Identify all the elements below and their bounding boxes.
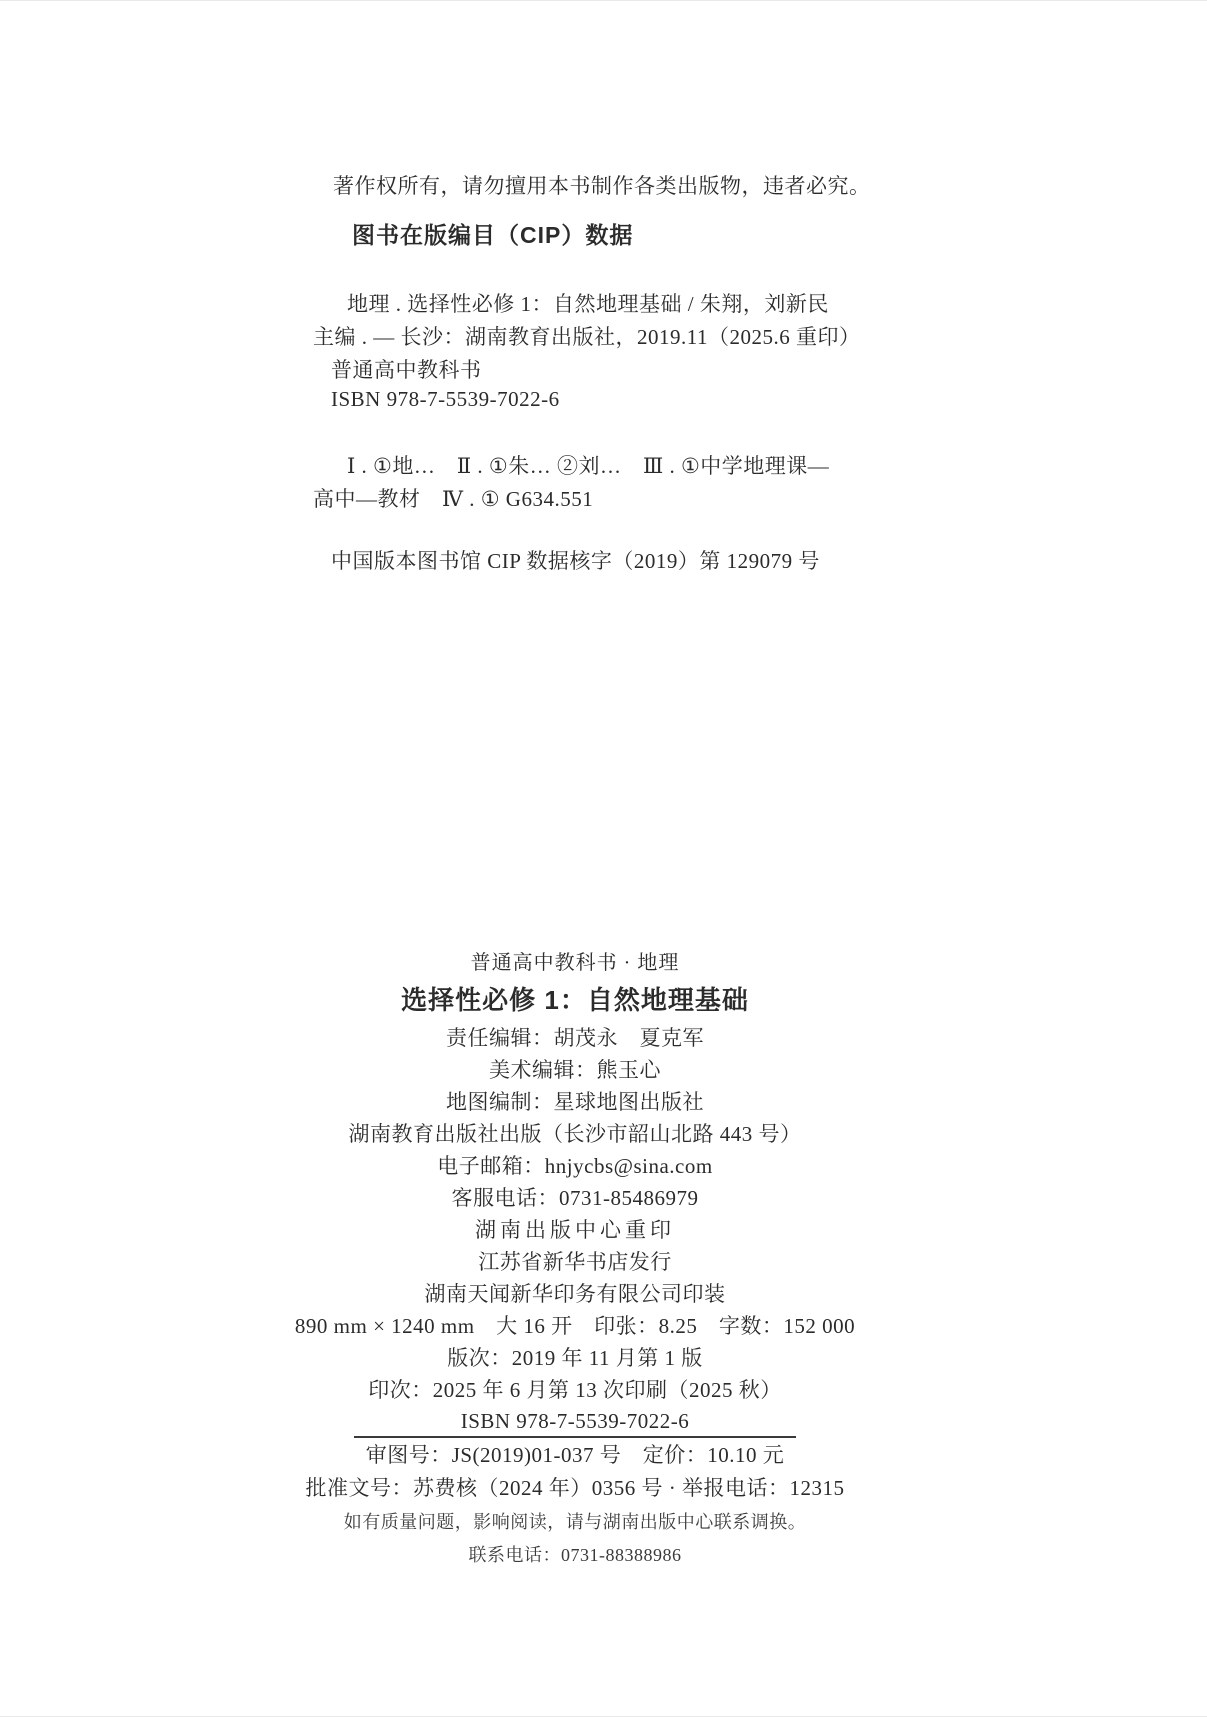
- colophon-line-art-editor: 美术编辑：熊玉心: [0, 1054, 1150, 1086]
- cip-heading: 图书在版编目（CIP）数据: [352, 217, 633, 250]
- colophon-line-map-approval-price: 审图号：JS(2019)01-037 号 定价：10.10 元: [0, 1438, 1150, 1472]
- colophon-line-format: 890 mm × 1240 mm 大 16 开 印张：8.25 字数：152 0…: [0, 1310, 1150, 1342]
- colophon-block: 普通高中教科书 · 地理 选择性必修 1：自然地理基础 责任编辑：胡茂永 夏克军…: [0, 948, 1150, 1570]
- colophon-line-service-phone: 客服电话：0731-85486979: [0, 1182, 1150, 1214]
- contact-phone: 联系电话：0731-88388986: [0, 1540, 1150, 1570]
- colophon-line-publisher: 湖南教育出版社出版（长沙市韶山北路 443 号）: [0, 1118, 1150, 1150]
- colophon-line-impression: 印次：2025 年 6 月第 13 次印刷（2025 秋）: [0, 1374, 1150, 1406]
- colophon-line-map-compiler: 地图编制：星球地图出版社: [0, 1086, 1150, 1118]
- colophon-line-edition: 版次：2019 年 11 月第 1 版: [0, 1342, 1150, 1374]
- colophon-line-email: 电子邮箱：hnjycbs@sina.com: [0, 1150, 1150, 1182]
- series-title: 普通高中教科书 · 地理: [0, 948, 1150, 978]
- cip-isbn-line: ISBN 978-7-5539-7022-6: [331, 387, 560, 412]
- colophon-line-printer: 湖南天闻新华印务有限公司印装: [0, 1278, 1150, 1310]
- cip-classification-line: 高中—教材 Ⅳ . ① G634.551: [313, 483, 593, 513]
- copyright-page: 著作权所有，请勿擅用本书制作各类出版物，违者必究。 图书在版编目（CIP）数据 …: [0, 0, 1207, 1717]
- rights-notice: 著作权所有，请勿擅用本书制作各类出版物，违者必究。: [333, 170, 871, 200]
- isbn-line: ISBN 978-7-5539-7022-6: [0, 1406, 1150, 1436]
- colophon-line-editors: 责任编辑：胡茂永 夏克军: [0, 1022, 1150, 1054]
- colophon-line-reprint: 湖南出版中心重印: [0, 1214, 1150, 1246]
- book-title: 选择性必修 1：自然地理基础: [0, 978, 1150, 1022]
- quality-notice: 如有质量问题，影响阅读，请与湖南出版中心联系调换。: [0, 1504, 1150, 1540]
- cip-record-line: 地理 . 选择性必修 1：自然地理基础 / 朱翔，刘新民: [347, 288, 829, 318]
- cip-record-line: 主编 . — 长沙：湖南教育出版社，2019.11（2025.6 重印）: [313, 321, 860, 351]
- cip-classification-line: Ⅰ . ①地… Ⅱ . ①朱… ②刘… Ⅲ . ①中学地理课—: [347, 450, 829, 480]
- cip-record-line: 普通高中教科书: [331, 354, 482, 384]
- cip-registration-number: 中国版本图书馆 CIP 数据核字（2019）第 129079 号: [331, 545, 820, 575]
- colophon-line-distributor: 江苏省新华书店发行: [0, 1246, 1150, 1278]
- colophon-line-approval-hotline: 批准文号：苏费核（2024 年）0356 号 · 举报电话：12315: [0, 1472, 1150, 1504]
